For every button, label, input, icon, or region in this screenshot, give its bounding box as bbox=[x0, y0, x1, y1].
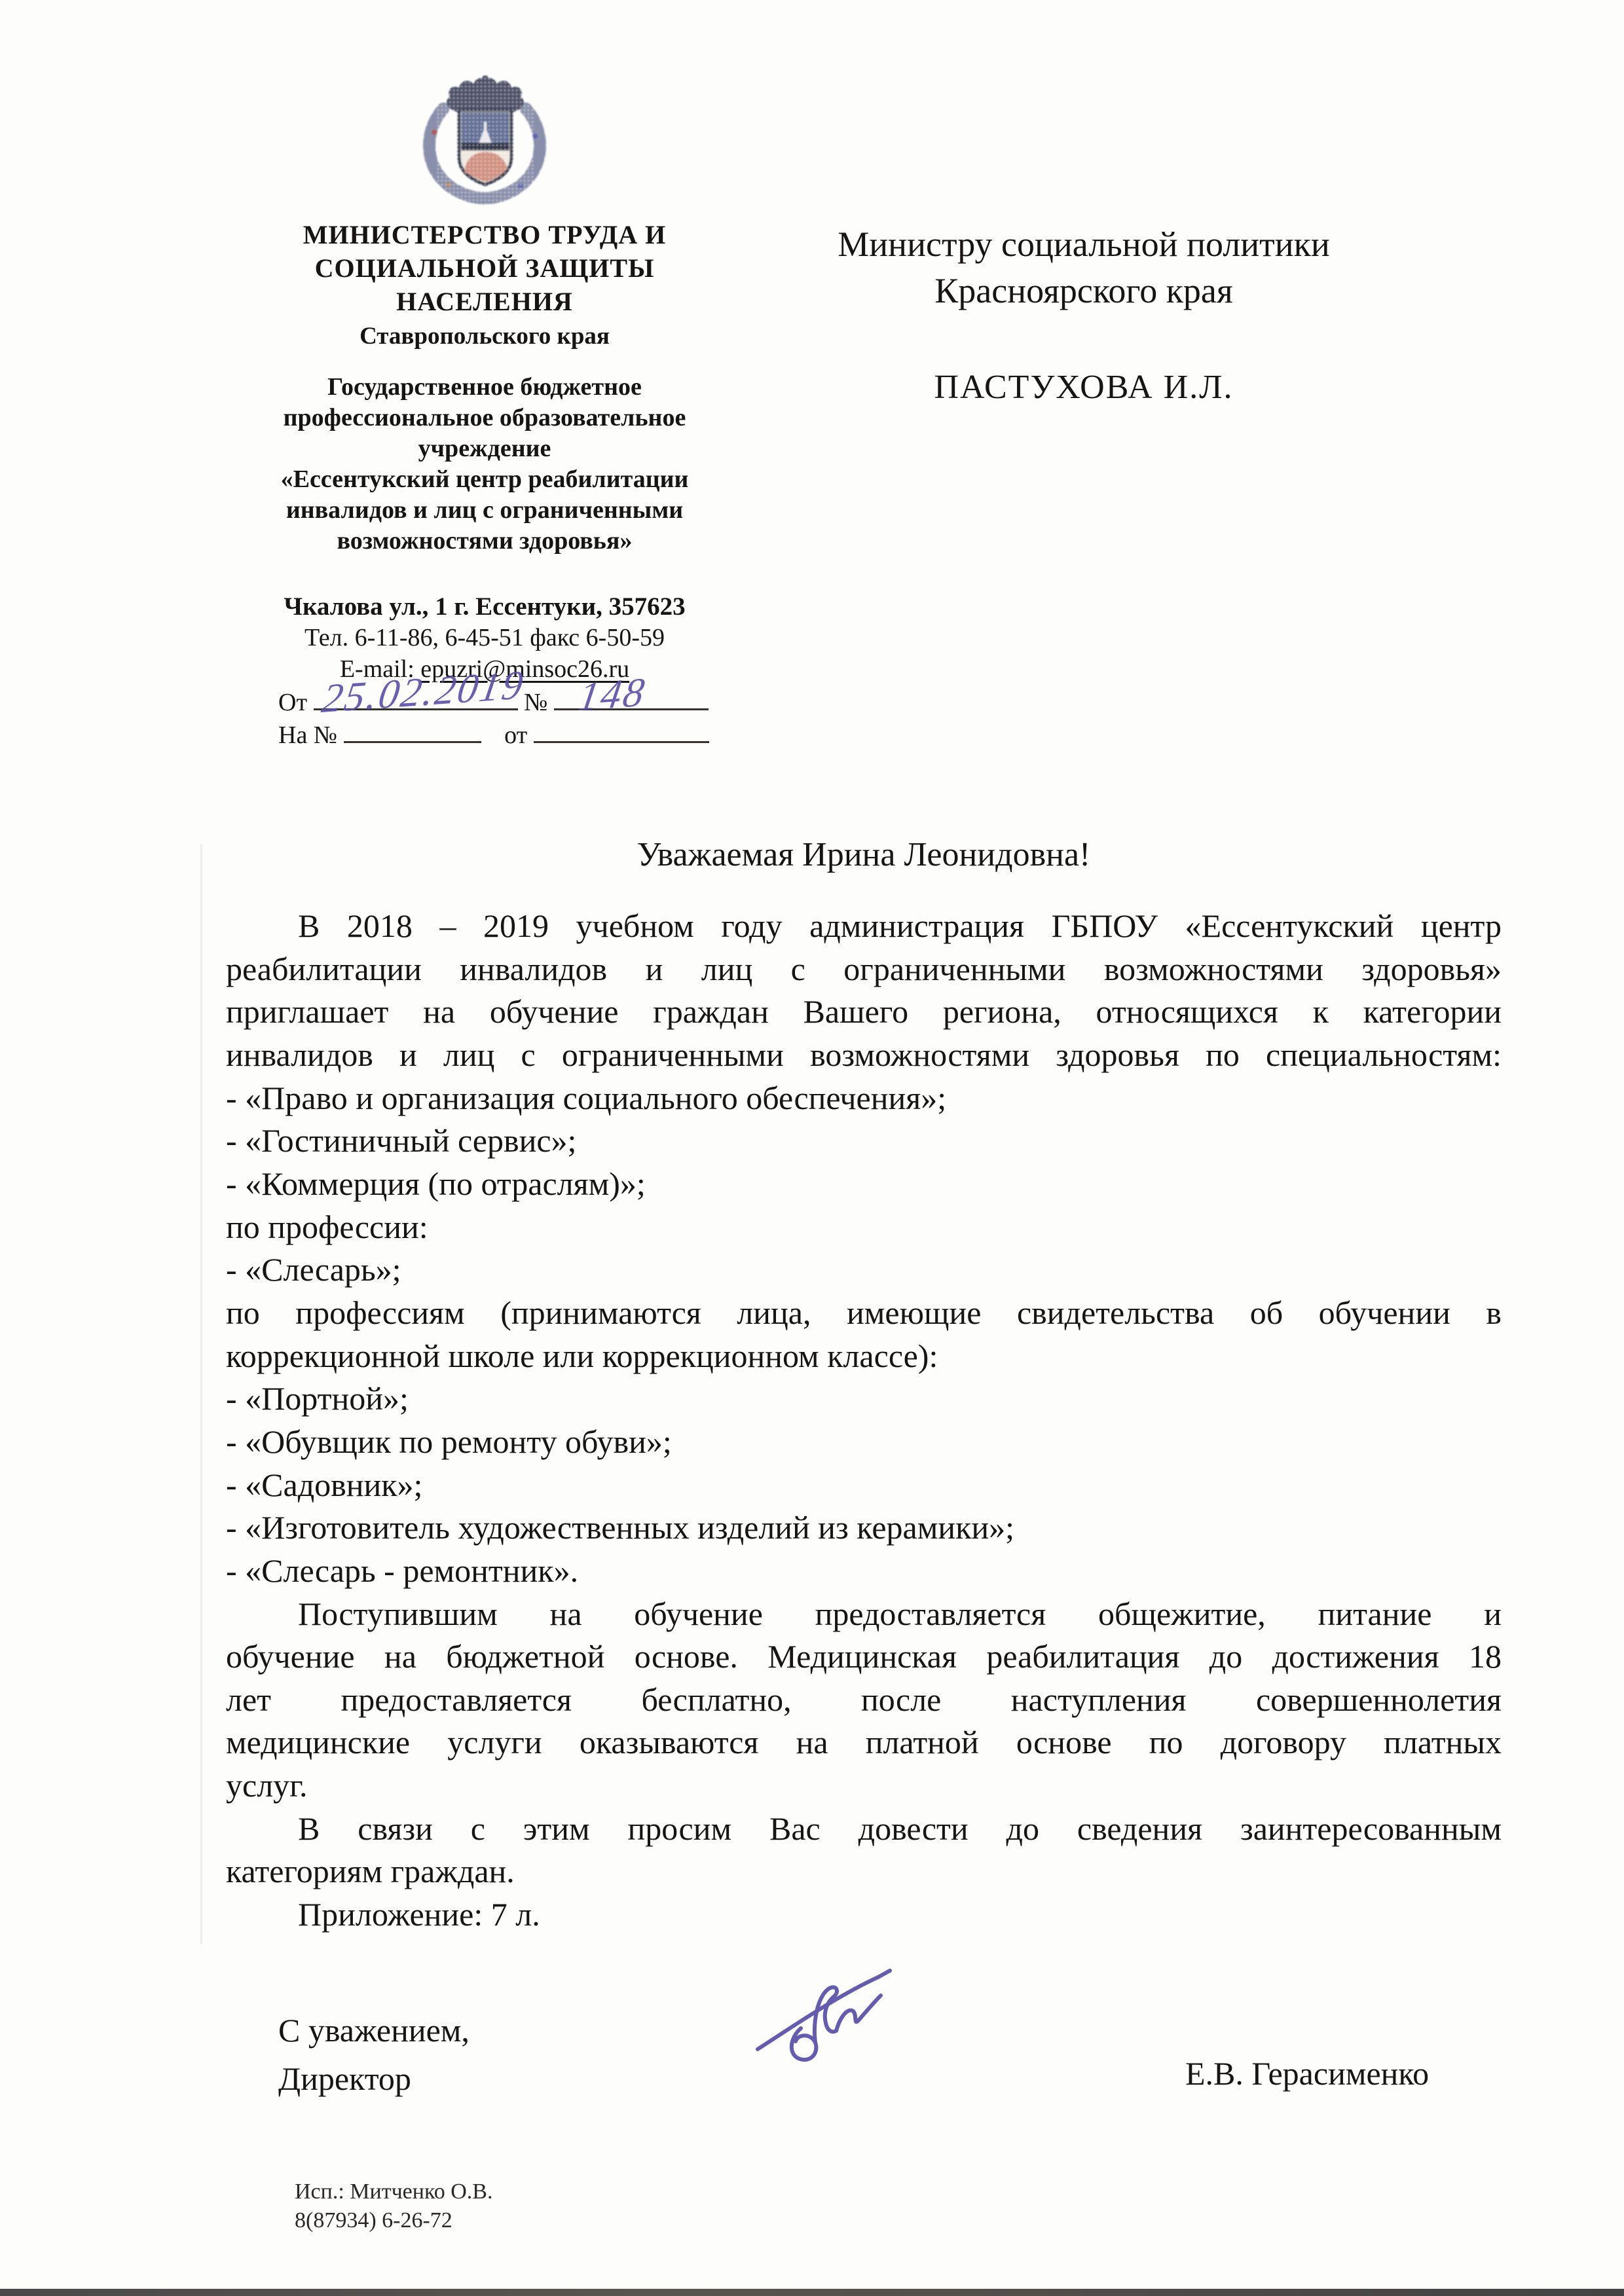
body-line: - «Коммерция (по отраслям)»; bbox=[226, 1163, 1502, 1206]
body-line: - «Обувщик по ремонту обуви»; bbox=[226, 1421, 1502, 1464]
body-line: по профессиям (принимаются лица, имеющие… bbox=[226, 1292, 1502, 1335]
ministry-name: МИНИСТЕРСТВО ТРУДА ИСОЦИАЛЬНОЙ ЗАЩИТЫНАС… bbox=[242, 218, 727, 318]
institution-name-line: инвалидов и лиц с ограниченными bbox=[242, 495, 727, 526]
scan-bottom-edge-artifact bbox=[0, 2289, 1624, 2296]
from-label: От bbox=[278, 689, 307, 716]
body-line: - «Садовник»; bbox=[226, 1464, 1502, 1507]
director-signature bbox=[750, 1965, 927, 2080]
ministry-name-line: НАСЕЛЕНИЯ bbox=[242, 285, 727, 318]
body-line: В связи с этим просим Вас довести до све… bbox=[226, 1808, 1502, 1851]
addressee-position-line: Министру социальной политики bbox=[805, 221, 1362, 268]
closing-block: С уважением, Директор bbox=[278, 2006, 470, 2103]
incoming-number-underline bbox=[344, 718, 481, 743]
institution-name-line: учреждение bbox=[242, 433, 727, 464]
body-line: Приложение: 7 л. bbox=[226, 1893, 1502, 1937]
closing-title: Директор bbox=[278, 2054, 470, 2103]
incoming-number-row: На № от bbox=[278, 718, 709, 750]
body-line: инвалидов и лиц с ограниченными возможно… bbox=[226, 1034, 1502, 1077]
ministry-name-line: МИНИСТЕРСТВО ТРУДА И bbox=[242, 218, 727, 251]
body-line: - «Портной»; bbox=[226, 1377, 1502, 1421]
ot-label: от bbox=[504, 721, 527, 749]
body-line: - «Право и организация социального обесп… bbox=[226, 1077, 1502, 1120]
body-line: - «Гостиничный сервис»; bbox=[226, 1120, 1502, 1163]
body-line: лет предоставляется бесплатно, после нас… bbox=[226, 1679, 1502, 1722]
addressee-name: ПАСТУХОВА И.Л. bbox=[805, 364, 1362, 410]
addressee-block: Министру социальной политикиКрасноярског… bbox=[805, 221, 1362, 410]
body-line: услуг. bbox=[226, 1764, 1502, 1808]
body-line: - «Изготовитель художественных изделий и… bbox=[226, 1506, 1502, 1550]
institution-name-line: возможностями здоровья» bbox=[242, 526, 727, 556]
on-number-label: На № bbox=[278, 721, 337, 749]
closing-regards: С уважением, bbox=[278, 2006, 470, 2054]
body-text: В 2018 – 2019 учебном году администрация… bbox=[226, 905, 1502, 1937]
institution-name-line: профессиональное образовательное bbox=[242, 403, 727, 433]
body-line: реабилитации инвалидов и лиц с ограничен… bbox=[226, 948, 1502, 991]
incoming-date-underline bbox=[534, 718, 709, 743]
body-line: коррекционной школе или коррекционном кл… bbox=[226, 1335, 1502, 1378]
body-line: - «Слесарь»; bbox=[226, 1248, 1502, 1292]
scan-streak-artifact bbox=[200, 845, 202, 1944]
body-line: обучение на бюджетной основе. Медицинска… bbox=[226, 1635, 1502, 1679]
director-name: Е.В. Герасименко bbox=[1185, 2054, 1429, 2092]
institution-name-line: Государственное бюджетное bbox=[242, 372, 727, 403]
salutation: Уважаемая Ирина Леонидовна! bbox=[226, 835, 1502, 874]
ministry-name-line: СОЦИАЛЬНОЙ ЗАЩИТЫ bbox=[242, 251, 727, 285]
scanned-letter-page: МИНИСТЕРСТВО ТРУДА ИСОЦИАЛЬНОЙ ЗАЩИТЫНАС… bbox=[0, 0, 1624, 2296]
body-line: категориям граждан. bbox=[226, 1850, 1502, 1893]
institution-name-line: «Ессентукский центр реабилитации bbox=[242, 464, 727, 495]
stavropol-krai-coat-of-arms-icon bbox=[409, 73, 560, 208]
postal-address: Чкалова ул., 1 г. Ессентуки, 357623 bbox=[242, 592, 727, 622]
body-line: В 2018 – 2019 учебном году администрация… bbox=[226, 905, 1502, 948]
body-line: Поступившим на обучение предоставляется … bbox=[226, 1593, 1502, 1636]
executor-phone: 8(87934) 6-26-72 bbox=[295, 2206, 492, 2235]
phone-fax-line: Тел. 6-11-86, 6-45-51 факс 6-50-59 bbox=[242, 622, 727, 653]
institution-name: Государственное бюджетноепрофессионально… bbox=[242, 372, 727, 556]
handwritten-outgoing-number: 148 bbox=[575, 669, 649, 721]
ministry-region: Ставропольского края bbox=[242, 322, 727, 351]
executor-block: Исп.: Митченко О.В. 8(87934) 6-26-72 bbox=[295, 2178, 492, 2235]
addressee-position: Министру социальной политикиКрасноярског… bbox=[805, 221, 1362, 314]
body-line: приглашает на обучение граждан Вашего ре… bbox=[226, 991, 1502, 1034]
number-sign-label: № bbox=[524, 689, 547, 716]
letterhead: МИНИСТЕРСТВО ТРУДА ИСОЦИАЛЬНОЙ ЗАЩИТЫНАС… bbox=[242, 73, 727, 685]
executor-name: Исп.: Митченко О.В. bbox=[295, 2178, 492, 2206]
body-line: - «Слесарь - ремонтник». bbox=[226, 1550, 1502, 1593]
body-line: по профессии: bbox=[226, 1206, 1502, 1249]
body-line: медицинские услуги оказываются на платно… bbox=[226, 1721, 1502, 1764]
addressee-position-line: Красноярского края bbox=[805, 268, 1362, 314]
